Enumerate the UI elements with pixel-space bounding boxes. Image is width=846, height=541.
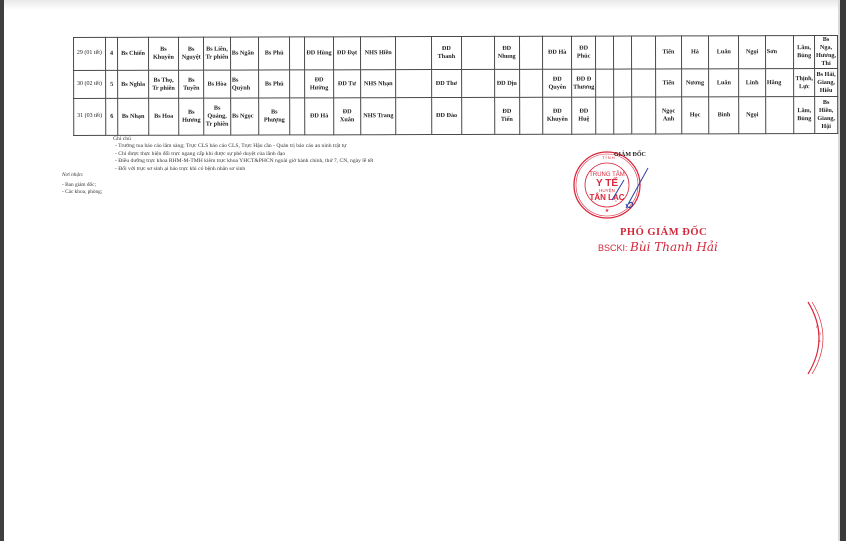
- roster-cell: Bs Quảng, Tr phiên: [204, 98, 231, 135]
- roster-cell: Bs Hương: [179, 98, 204, 135]
- document-page: 29 (01 tết)4Bs ChiếnBs KhuyênBs NguyệtBs…: [4, 0, 838, 541]
- note-line: - Điều dưỡng trực khoa RHM-M-TMH kiêm tr…: [113, 158, 373, 165]
- roster-cell: Ngọi: [739, 97, 765, 134]
- roster-cell: Bs Phú: [259, 70, 290, 98]
- roster-cell: Bs Chiến: [118, 37, 148, 70]
- roster-number-cell: 4: [105, 37, 118, 70]
- roster-row: 30 (02 tết)5Bs NghĩaBs Thọ, Tr phiênBs T…: [74, 69, 838, 99]
- signature-role: PHÓ GIÁM ĐỐC: [620, 227, 707, 238]
- roster-cell: Bs Phượng: [259, 98, 290, 135]
- roster-cell: ĐD Hà: [305, 98, 334, 135]
- partial-stamp-icon: H Ò A: [804, 298, 834, 378]
- roster-cell: Bs Nghĩa: [118, 71, 148, 99]
- recipients-heading: Nơi nhận:: [62, 172, 102, 179]
- roster-cell: NHS Trang: [361, 98, 396, 135]
- roster-cell: Nương: [681, 69, 709, 97]
- roster-cell: [461, 36, 494, 69]
- roster-date-cell: 30 (02 tết): [74, 71, 106, 99]
- roster-cell: ĐD Đạt: [333, 37, 360, 70]
- roster-row: 31 (03 tết)6Bs NhạnBs HoaBs HươngBs Quản…: [74, 97, 838, 136]
- roster-cell: [519, 70, 543, 98]
- recipient-line: - Các khoa, phòng;: [62, 189, 102, 196]
- signatory-name: BSCKI: Bùi Thanh Hải: [598, 240, 718, 254]
- roster-cell: ĐD Hường: [305, 70, 334, 98]
- roster-cell: Bs Hiền, Giang, Hội: [815, 97, 838, 134]
- roster-cell: [596, 97, 614, 134]
- roster-cell: [461, 70, 494, 98]
- roster-cell: [396, 70, 432, 98]
- recipient-line: - Ban giám đốc;: [62, 182, 102, 189]
- roster-cell: Bs Thọ, Tr phiên: [148, 70, 179, 98]
- roster-number-cell: 6: [105, 99, 118, 136]
- roster-cell: [519, 98, 543, 135]
- roster-cell: Bs Quỳnh: [230, 70, 259, 98]
- roster-cell: [596, 69, 614, 97]
- roster-cell: [765, 97, 794, 134]
- roster-cell: ĐD Huệ: [572, 97, 596, 134]
- roster-cell: Lâm, Bùng: [794, 97, 815, 134]
- roster-cell: ĐD Phúc: [571, 36, 595, 69]
- roster-cell: Bs Khuyên: [148, 37, 179, 70]
- roster-cell: ĐD Hà: [543, 36, 572, 69]
- signatory-name-text: Bùi Thanh Hải: [630, 240, 718, 254]
- signatory-prefix: BSCKI:: [598, 243, 630, 253]
- roster-cell: Thịnh, Lực: [794, 69, 815, 97]
- roster-date-cell: 31 (03 tết): [74, 99, 106, 136]
- roster-cell: Bs Hòa: [204, 70, 231, 98]
- roster-cell: Bs Hải, Giang, Hiếu: [815, 69, 838, 97]
- roster-cell: NHS Nhạn: [361, 70, 396, 98]
- roster-cell: Tiến: [656, 69, 682, 97]
- roster-cell: [396, 37, 432, 70]
- roster-cell: Bs Nga, Hương, Thi: [814, 35, 837, 68]
- roster-cell: Ngọc Anh: [656, 97, 682, 134]
- roster-cell: Bình: [709, 97, 739, 134]
- roster-cell: ĐD Thơ: [432, 70, 462, 98]
- roster-cell: Sơn: [765, 36, 794, 69]
- roster-cell: Bs Ngọc: [230, 98, 259, 135]
- roster-cell: Luân: [709, 69, 739, 97]
- note-line: - Đối với trực sơ sinh ại báo trực khi c…: [113, 166, 373, 173]
- roster-cell: ĐD Thanh: [432, 36, 462, 69]
- roster-cell: Ngọi: [739, 36, 765, 69]
- roster-cell: ĐD Tiến: [494, 98, 519, 135]
- roster-cell: ĐD Quyên: [543, 69, 572, 97]
- roster-cell: ĐD Đ Thương: [572, 69, 596, 97]
- roster-cell: [632, 97, 656, 134]
- roster-cell: [614, 36, 632, 69]
- roster-cell: Linh: [739, 69, 765, 97]
- roster-number-cell: 5: [105, 71, 118, 99]
- roster-cell: [289, 37, 304, 70]
- roster-cell: Bs Nhạn: [118, 99, 148, 136]
- svg-text:H: H: [816, 324, 819, 329]
- roster-cell: Bs Tuyền: [179, 70, 204, 98]
- roster-cell: Bs Ngân: [230, 37, 259, 70]
- roster-cell: ĐD Xuân: [333, 98, 360, 135]
- roster-cell: Học: [681, 97, 709, 134]
- roster-cell: [614, 97, 632, 134]
- roster-cell: Lâm, Bùng: [794, 36, 815, 69]
- roster-cell: ĐD Tư: [333, 70, 360, 98]
- note-line: - Trưởng tua báo cáo lâm sàng; Trực CLS …: [113, 143, 373, 150]
- roster-cell: [519, 36, 543, 69]
- roster-cell: Hà: [681, 36, 709, 69]
- roster-cell: ĐD Đào: [432, 98, 462, 135]
- handwritten-signature-icon: [604, 160, 664, 220]
- roster-cell: [614, 69, 632, 97]
- roster-cell: ĐD Khuyên: [543, 97, 572, 134]
- roster-cell: [461, 98, 494, 135]
- roster-cell: ĐD Hùng: [305, 37, 334, 70]
- roster-cell: [596, 36, 614, 69]
- roster-cell: NHS Hiền: [361, 37, 396, 70]
- roster-cell: Bs Phú: [259, 37, 290, 70]
- signature-title: GIÁM ĐỐC: [614, 152, 646, 158]
- roster-cell: Hằng: [765, 69, 794, 97]
- roster-cell: Luân: [709, 36, 739, 69]
- roster-cell: [290, 98, 305, 135]
- roster-cell: Bs Liên, Tr phiên: [204, 37, 231, 70]
- roster-row: 29 (01 tết)4Bs ChiếnBs KhuyênBs NguyệtBs…: [74, 35, 838, 70]
- recipients-section: Nơi nhận: - Ban giám đốc; - Các khoa, ph…: [62, 172, 102, 196]
- roster-cell: [632, 36, 656, 69]
- roster-cell: [632, 69, 656, 97]
- roster-cell: Bs Nguyệt: [179, 37, 204, 70]
- roster-cell: ĐD Nhung: [494, 36, 519, 69]
- roster-cell: [289, 70, 304, 98]
- roster-cell: ĐD Dịu: [494, 70, 519, 98]
- viewer-scrollbar[interactable]: [840, 0, 846, 541]
- roster-cell: Bs Hoa: [148, 98, 179, 135]
- roster-cell: Tiến: [656, 36, 682, 69]
- roster-cell: [396, 98, 432, 135]
- svg-text:Ò: Ò: [818, 331, 821, 336]
- roster-date-cell: 29 (01 tết): [74, 37, 106, 70]
- svg-text:A: A: [818, 338, 821, 343]
- duty-roster-table: 29 (01 tết)4Bs ChiếnBs KhuyênBs NguyệtBs…: [73, 35, 838, 136]
- notes-section: Ghi chú - Trưởng tua báo cáo lâm sàng; T…: [113, 136, 373, 173]
